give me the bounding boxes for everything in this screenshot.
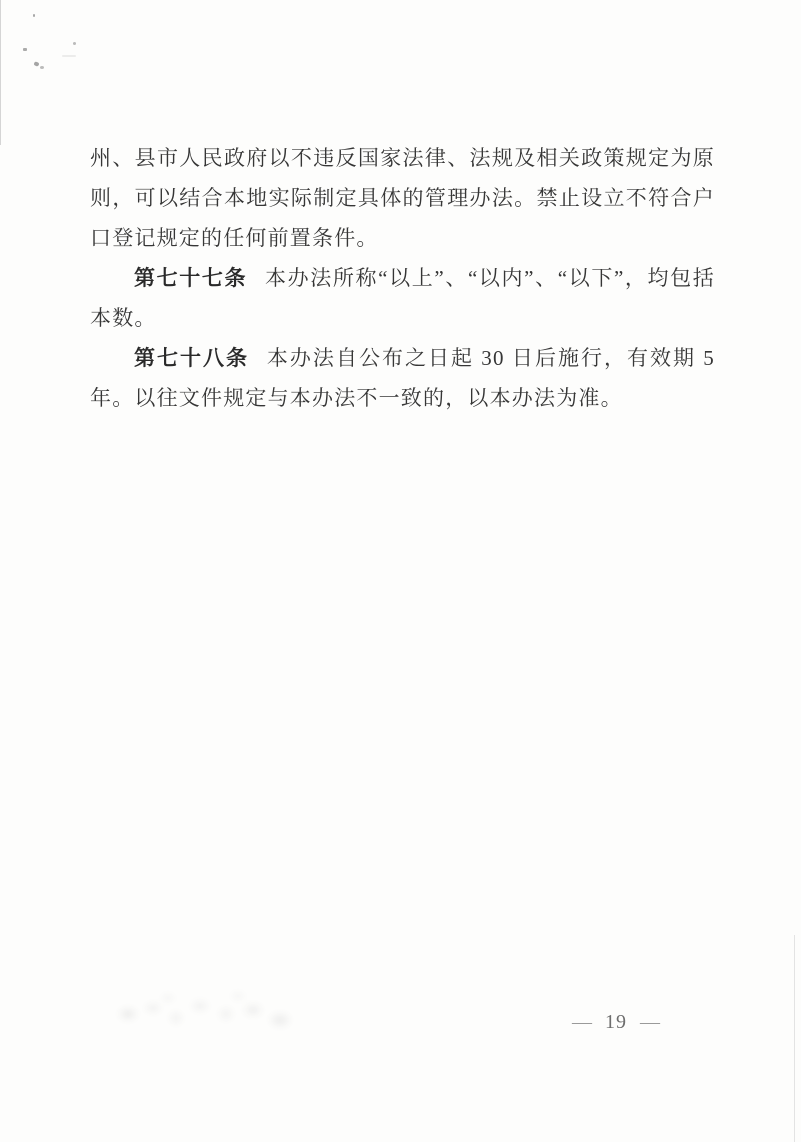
page-number: 19 — [605, 1008, 627, 1036]
scan-speck — [33, 61, 39, 67]
paragraph-article-77: 第七十七条本办法所称“以上”、“以内”、“以下”，均包括本数。 — [90, 258, 715, 338]
page-footer: — 19 — — [572, 1008, 660, 1036]
footer-dash-left: — — [572, 1008, 592, 1036]
scan-speck — [33, 14, 35, 17]
scan-speck — [73, 42, 76, 45]
paragraph-continuation: 州、县市人民政府以不违反国家法律、法规及相关政策规定为原则，可以结合本地实际制定… — [90, 138, 715, 258]
paragraph-text: 州、县市人民政府以不违反国家法律、法规及相关政策规定为原则，可以结合本地实际制定… — [90, 146, 715, 250]
footer-dash-right: — — [640, 1008, 660, 1036]
scan-speck — [62, 55, 76, 57]
scan-edge-line-right — [794, 935, 795, 1142]
ink-bleed-through-smudge — [108, 984, 308, 1040]
scan-speck — [40, 66, 44, 69]
paragraph-article-78: 第七十八条本办法自公布之日起 30 日后施行，有效期 5 年。以往文件规定与本办… — [90, 338, 715, 418]
document-body: 州、县市人民政府以不违反国家法律、法规及相关政策规定为原则，可以结合本地实际制定… — [90, 138, 715, 418]
scanned-document-page: 州、县市人民政府以不违反国家法律、法规及相关政策规定为原则，可以结合本地实际制定… — [0, 0, 801, 1142]
article-number: 第七十八条 — [134, 346, 249, 370]
article-number: 第七十七条 — [134, 266, 247, 290]
scan-edge-line-left — [0, 0, 1, 145]
scan-speck — [23, 48, 27, 51]
